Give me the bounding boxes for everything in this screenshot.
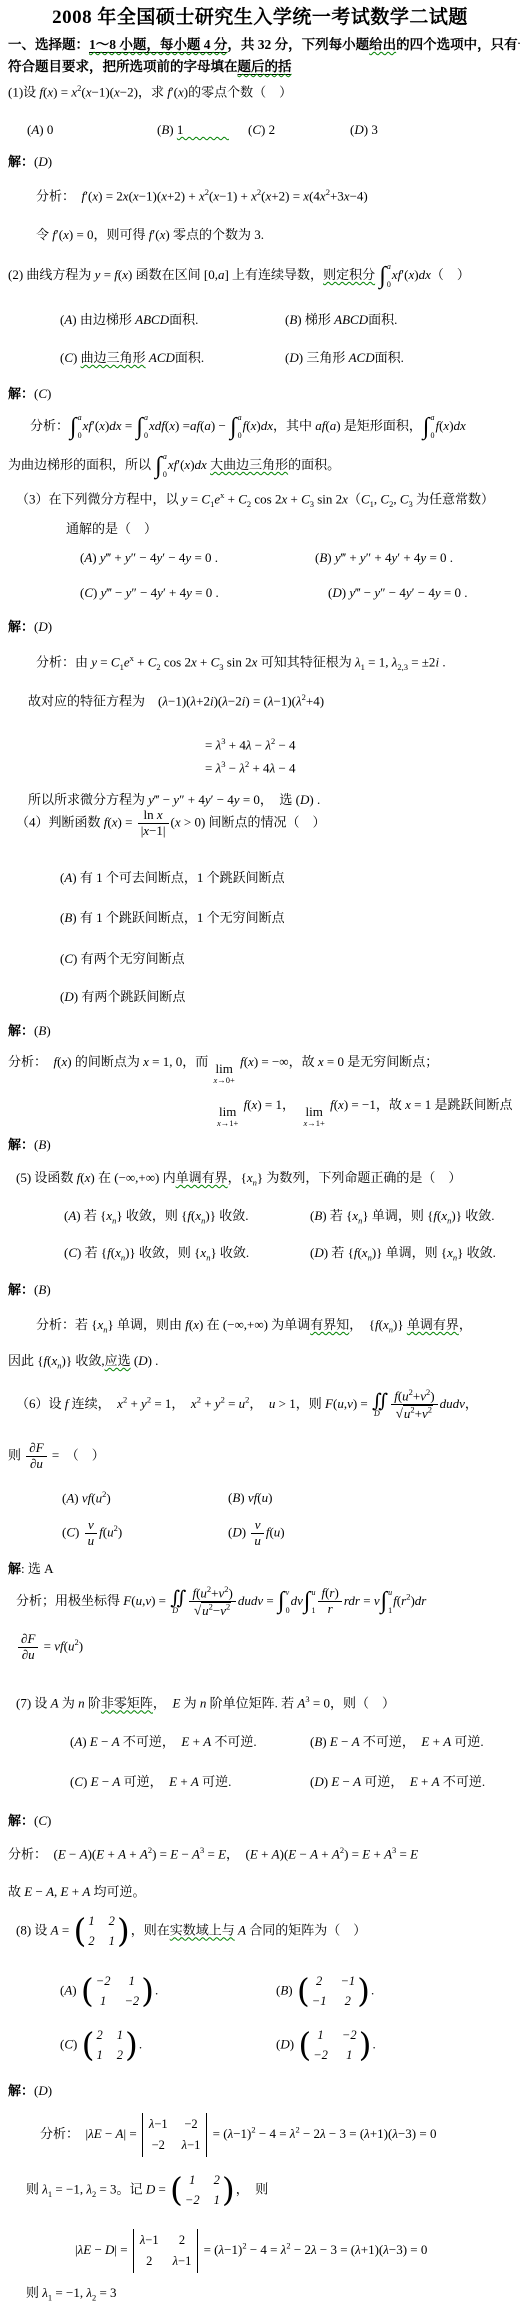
q6-analysis-2: ∂F∂u = vf(u2) [16, 1632, 520, 1663]
q3-option-b: (B) y‴ + y″ + 4y′ + 4y = 0 . [315, 549, 453, 567]
q7-answer: 解：(C) [8, 1812, 520, 1830]
q7-option-d: (D) E − A 可逆， E + A 不可逆. [310, 1773, 485, 1791]
q6-stem: （6）设 f 连续， x2 + y2 = 1， x2 + y2 = u2， u … [16, 1388, 520, 1422]
q2-option-c: (C) 曲边三角形 ACD面积. [60, 349, 204, 367]
q6-option-d: (D) vuf(u) [228, 1518, 285, 1549]
exam-title: 2008 年全国硕士研究生入学统一考试数学二试题 [0, 5, 520, 32]
q2-option-a: (A) 由边梯形 ABCD面积. [60, 311, 198, 329]
instructions-line-1: 一、选择题：1～8 小题，每小题 4 分，共 32 分，下列每小题给出的四个选项… [8, 36, 520, 55]
q4-stem: （4）判断函数 f(x) = ln x|x−1|(x > 0) 间断点的情况（ … [16, 808, 520, 839]
q2-analysis-2: 为曲边梯形的面积，所以 ∫a0xf′(x)dx 大曲边三角形的面积。 [8, 453, 520, 479]
q2-option-d: (D) 三角形 ACD面积. [285, 349, 404, 367]
q3-option-c: (C) y‴ − y″ − 4y′ + 4y = 0 . [80, 584, 219, 602]
q2-answer: 解：(C) [8, 385, 520, 403]
q1-option-d: (D) 3 [350, 121, 378, 139]
q7-stem: (7) 设 A 为 n 阶非零矩阵， E 为 n 阶单位矩阵. 若 A3 = 0… [16, 1694, 520, 1713]
q6-analysis-1: 分析；用极坐标得 F(u,v) = ∬Df(u2+v2)√u2−v2dudv =… [16, 1585, 520, 1619]
q3-analysis-5: 所以所求微分方程为 y‴ − y″ + 4y′ − 4y = 0， 选 (D) … [28, 791, 520, 809]
q3-stem: （3）在下列微分方程中，以 y = C1ex + C2 cos 2x + C3 … [16, 490, 520, 511]
q6-stem-line-2: 则 ∂F∂u = （ ） [8, 1441, 520, 1472]
q3-option-a: (A) y‴ + y″ − 4y′ − 4y = 0 . [80, 549, 218, 567]
q3-stem-line-2: 通解的是（ ） [66, 520, 520, 538]
q3-analysis-4: = λ3 − λ2 + 4λ − 4 [205, 759, 520, 778]
q2-option-b: (B) 梯形 ABCD面积. [285, 311, 397, 329]
q8-analysis-4: 则 λ1 = −1, λ2 = 3 [26, 2284, 520, 2304]
q4-analysis-1: 分析： f(x) 的间断点为 x = 1, 0，而 limx→0+ f(x) =… [8, 1053, 520, 1085]
q3-answer: 解：(D) [8, 618, 520, 636]
q1-option-c: (C) 2 [248, 121, 275, 139]
q5-analysis-2: 因此 {f(xn)} 收敛,应选 (D) . [8, 1352, 520, 1372]
q4-option-c: (C) 有两个无穷间断点 [60, 950, 520, 968]
q5-option-d: (D) 若 {f(xn)} 单调，则 {xn} 收敛. [310, 1244, 496, 1264]
q5-stem: (5) 设函数 f(x) 在 (−∞,+∞) 内单调有界，{xn} 为数列，下列… [16, 1169, 520, 1189]
q8-answer: 解：(D) [8, 2082, 520, 2100]
q2-stem: (2) 曲线方程为 y = f(x) 函数在区间 [0,a] 上有连续导数，则定… [8, 263, 520, 289]
q1-answer: 解：(D) [8, 153, 520, 171]
q2-analysis-1: 分析：∫a0xf′(x)dx = ∫a0xdf(x) =af(a) − ∫a0f… [30, 414, 520, 440]
q5-answer: 解：(B) [8, 1281, 520, 1299]
q8-option-d: (D) (1−2−21). [276, 2027, 376, 2064]
q7-option-c: (C) E − A 可逆， E + A 可逆. [70, 1773, 231, 1791]
q4-option-a: (A) 有 1 个可去间断点，1 个跳跃间断点 [60, 869, 520, 887]
q6-option-a: (A) vf(u2) [62, 1489, 111, 1508]
q1-analysis-2: 令 f′(x) = 0，则可得 f′(x) 零点的个数为 3. [36, 226, 520, 244]
q7-option-b: (B) E − A 不可逆， E + A 可逆. [310, 1733, 484, 1751]
q5-analysis-1: 分析：若 {xn} 单调，则由 f(x) 在 (−∞,+∞) 为单调有界知， {… [36, 1316, 520, 1336]
q8-analysis-3: |λE − D| = λ−122λ−1 = (λ−1)2 − 4 = λ2 − … [75, 2229, 520, 2273]
q3-analysis-1: 分析：由 y = C1ex + C2 cos 2x + C3 sin 2x 可知… [36, 653, 520, 674]
q3-analysis-2: 故对应的特征方程为 (λ−1)(λ+2i)(λ−2i) = (λ−1)(λ2+4… [28, 692, 520, 711]
instructions-line-2: 符合题目要求，把所选项前的字母填在题后的括 [8, 58, 520, 77]
q5-option-b: (B) 若 {xn} 单调，则 {f(xn)} 收敛. [310, 1207, 494, 1227]
q8-analysis-2: 则 λ1 = −1, λ2 = 3。记 D = (12−21)， 则 [26, 2172, 520, 2209]
q4-answer: 解：(B) [8, 1022, 520, 1040]
q8-option-c: (C) (2112). [60, 2027, 142, 2064]
q1-option-b: (B) 1 [157, 121, 229, 139]
q7-analysis-1: 分析： (E − A)(E + A + A2) = E − A3 = E， (E… [8, 1845, 520, 1864]
q3-option-d: (D) y‴ − y″ − 4y′ − 4y = 0 . [328, 584, 467, 602]
exam-document-page: 2008 年全国硕士研究生入学统一考试数学二试题 一、选择题：1～8 小题，每小… [0, 0, 520, 2312]
q6-option-b: (B) vf(u) [228, 1489, 272, 1507]
q4-analysis-2: limx→1+ f(x) = 1， limx→1+ f(x) = −1，故 x … [215, 1096, 520, 1128]
q8-analysis-1: 分析： |λE − A| = λ−1−2−2λ−1 = (λ−1)2 − 4 =… [40, 2113, 520, 2157]
q4-option-b: (B) 有 1 个跳跃间断点，1 个无穷间断点 [60, 909, 520, 927]
q8-option-b: (B) (2−1−12). [276, 1973, 374, 2010]
q4-option-d: (D) 有两个跳跃间断点 [60, 988, 520, 1006]
q4-answer-repeat: 解：(B) [8, 1136, 520, 1154]
q7-analysis-2: 故 E − A, E + A 均可逆。 [8, 1883, 520, 1901]
q8-option-a: (A) (−211−2). [60, 1973, 158, 2010]
q1-stem: (1)设 f(x) = x2(x−1)(x−2)，求 f′(x)的零点个数（ ） [8, 83, 520, 102]
q3-analysis-3: = λ3 + 4λ − λ2 − 4 [205, 736, 520, 755]
q5-option-c: (C) 若 {f(xn)} 收敛，则 {xn} 收敛. [64, 1244, 249, 1264]
q7-option-a: (A) E − A 不可逆， E + A 不可逆. [70, 1733, 257, 1751]
q6-option-c: (C) vuf(u2) [62, 1518, 122, 1549]
q5-option-a: (A) 若 {xn} 收敛，则 {f(xn)} 收敛. [64, 1207, 248, 1227]
q1-option-a: (A) 0 [27, 121, 53, 139]
q1-analysis-1: 分析： f′(x) = 2x(x−1)(x+2) + x2(x−1) + x2(… [36, 187, 520, 206]
q6-answer: 解: 选 A [8, 1560, 520, 1578]
q8-stem: (8) 设 A = (1221)，则在实数域上与 A 合同的矩阵为（ ） [16, 1913, 520, 1950]
